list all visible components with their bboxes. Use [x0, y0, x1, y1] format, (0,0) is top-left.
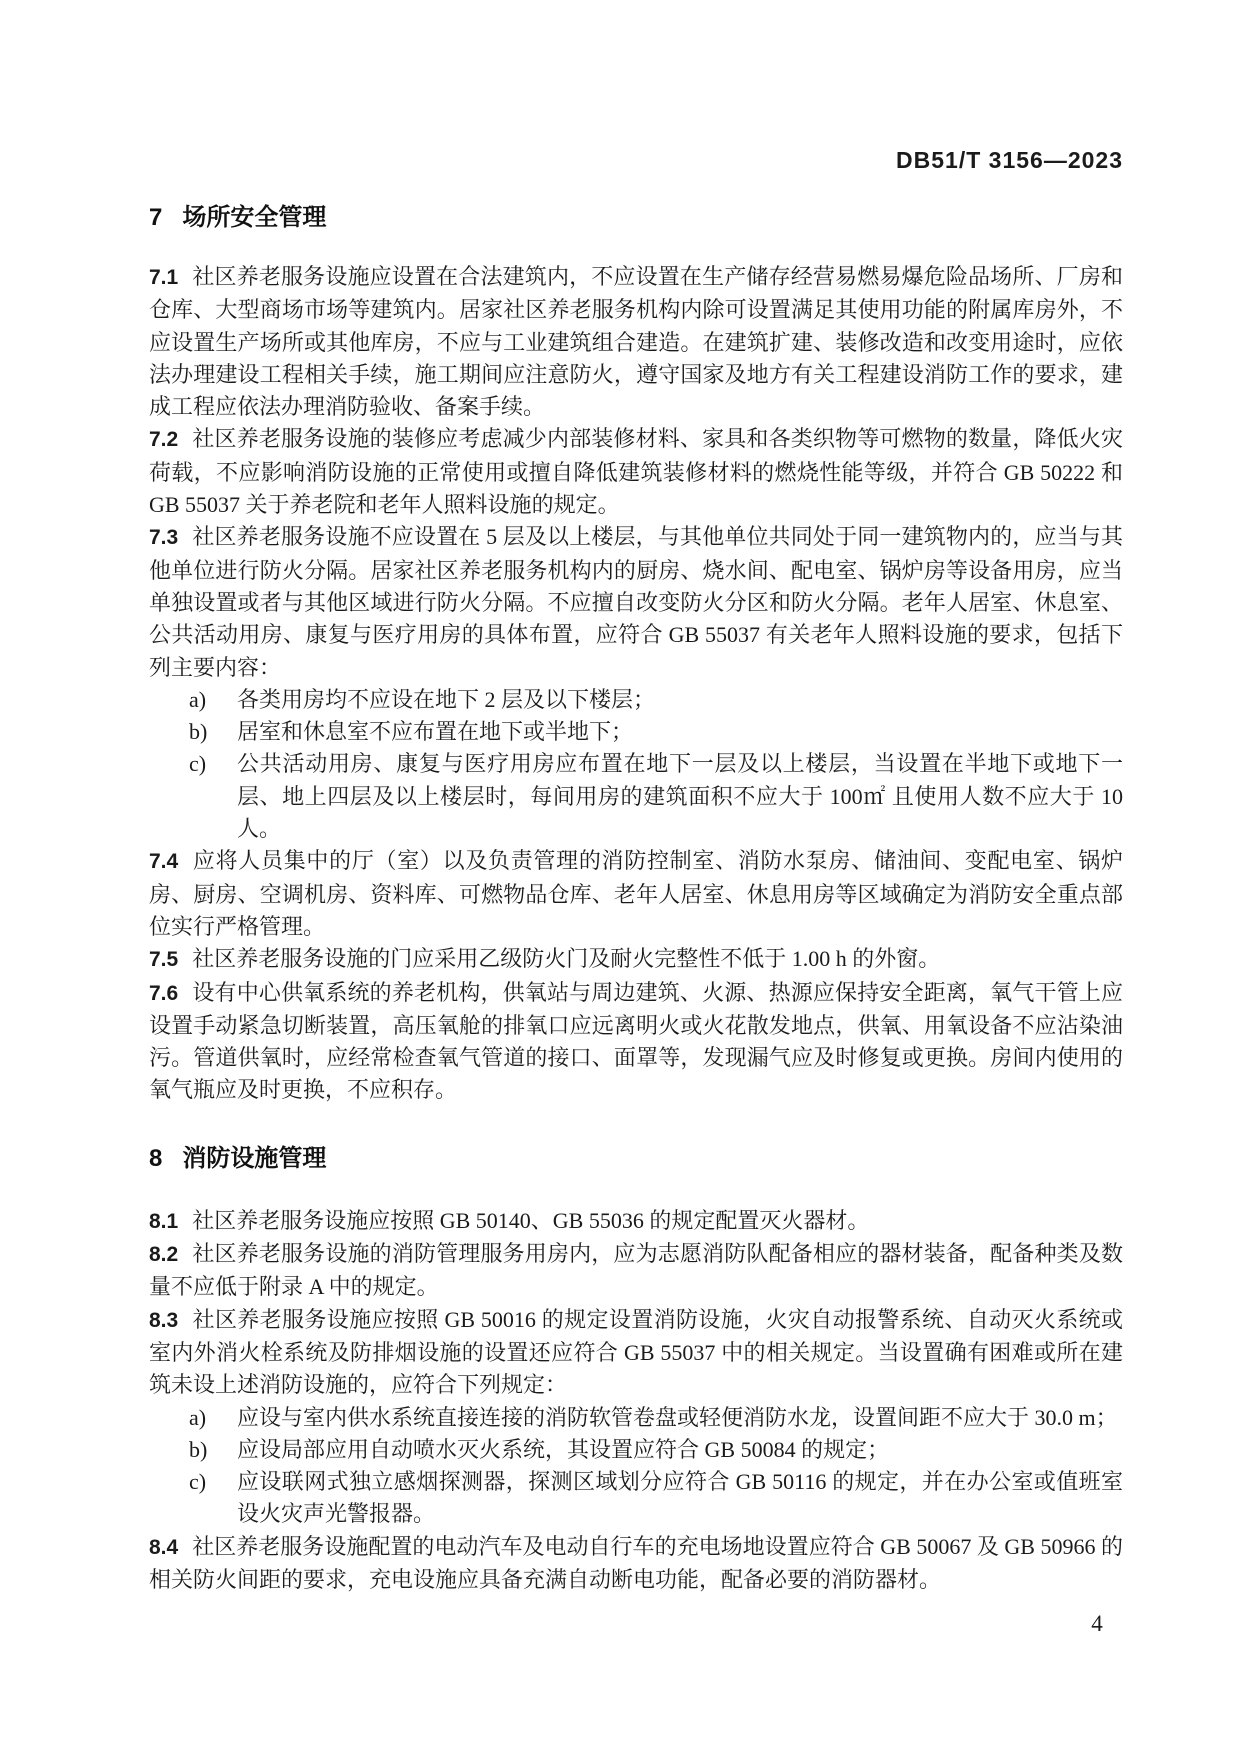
list-item-7-3-a-marker: a)	[189, 684, 206, 716]
section-8-heading: 8消防设施管理	[149, 1144, 1123, 1174]
clause-8-2: 8.2社区养老服务设施的消防管理服务用房内，应为志愿消防队配备相应的器材装备，配…	[149, 1238, 1123, 1304]
list-item-7-3-b-marker: b)	[189, 716, 207, 748]
clause-7-4-text: 应将人员集中的厅（室）以及负责管理的消防控制室、消防水泵房、储油间、变配电室、锅…	[149, 848, 1123, 939]
clause-8-1: 8.1社区养老服务设施应按照 GB 50140、GB 55036 的规定配置灭火…	[149, 1205, 1123, 1238]
list-item-7-3-b: b)居室和休息室不应布置在地下或半地下；	[149, 716, 1123, 748]
clause-7-3: 7.3社区养老服务设施不应设置在 5 层及以上楼层，与其他单位共同处于同一建筑物…	[149, 521, 1123, 683]
clause-7-6-text: 设有中心供氧系统的养老机构，供氧站与周边建筑、火源、热源应保持安全距离，氧气干管…	[149, 980, 1123, 1103]
clause-7-1-number: 7.1	[149, 266, 178, 289]
list-item-7-3-a-text: 各类用房均不应设在地下 2 层及以下楼层；	[237, 687, 655, 712]
clause-8-4-number: 8.4	[149, 1536, 178, 1559]
clause-7-3-text: 社区养老服务设施不应设置在 5 层及以上楼层，与其他单位共同处于同一建筑物内的，…	[149, 524, 1123, 679]
list-item-7-3-b-text: 居室和休息室不应布置在地下或半地下；	[237, 719, 633, 744]
clause-7-6-number: 7.6	[149, 982, 178, 1005]
clause-7-5-number: 7.5	[149, 948, 178, 971]
clause-8-2-number: 8.2	[149, 1243, 178, 1266]
clause-7-1: 7.1社区养老服务设施应设置在合法建筑内，不应设置在生产储存经营易燃易爆危险品场…	[149, 261, 1123, 423]
clause-8-1-number: 8.1	[149, 1210, 178, 1233]
clause-7-3-number: 7.3	[149, 526, 178, 549]
clause-7-2-number: 7.2	[149, 428, 178, 451]
page-content: DB51/T 3156—2023 7场所安全管理 7.1社区养老服务设施应设置在…	[0, 0, 1241, 1596]
clause-7-2-text: 社区养老服务设施的装修应考虑减少内部装修材料、家具和各类织物等可燃物的数量，降低…	[149, 426, 1123, 517]
clause-8-4: 8.4社区养老服务设施配置的电动汽车及电动自行车的充电场地设置应符合 GB 50…	[149, 1531, 1123, 1597]
section-8-number: 8	[149, 1144, 162, 1174]
list-item-7-3-a: a)各类用房均不应设在地下 2 层及以下楼层；	[149, 684, 1123, 716]
clause-7-5-text: 社区养老服务设施的门应采用乙级防火门及耐火完整性不低于 1.00 h 的外窗。	[192, 946, 940, 971]
page-number: 4	[1083, 1610, 1111, 1638]
clause-7-5: 7.5社区养老服务设施的门应采用乙级防火门及耐火完整性不低于 1.00 h 的外…	[149, 943, 1123, 976]
document-page: DB51/T 3156—2023 7场所安全管理 7.1社区养老服务设施应设置在…	[0, 0, 1241, 1754]
section-7-number: 7	[149, 203, 162, 233]
clause-7-6: 7.6设有中心供氧系统的养老机构，供氧站与周边建筑、火源、热源应保持安全距离，氧…	[149, 977, 1123, 1107]
list-item-8-3-c-marker: c)	[189, 1466, 206, 1498]
list-item-8-3-c: c)应设联网式独立感烟探测器，探测区域划分应符合 GB 50116 的规定，并在…	[149, 1466, 1123, 1531]
clause-7-1-text: 社区养老服务设施应设置在合法建筑内，不应设置在生产储存经营易燃易爆危险品场所、厂…	[149, 264, 1123, 419]
list-item-8-3-a-text: 应设与室内供水系统直接连接的消防软管卷盘或轻便消防水龙，设置间距不应大于 30.…	[237, 1405, 1118, 1430]
clause-8-3-text: 社区养老服务设施应按照 GB 50016 的规定设置消防设施，火灾自动报警系统、…	[149, 1307, 1123, 1398]
clause-8-4-text: 社区养老服务设施配置的电动汽车及电动自行车的充电场地设置应符合 GB 50067…	[149, 1534, 1123, 1592]
clause-7-2: 7.2社区养老服务设施的装修应考虑减少内部装修材料、家具和各类织物等可燃物的数量…	[149, 423, 1123, 521]
clause-8-1-text: 社区养老服务设施应按照 GB 50140、GB 55036 的规定配置灭火器材。	[192, 1208, 869, 1233]
list-item-7-3-c-marker: c)	[189, 748, 206, 780]
list-item-7-3-c: c)公共活动用房、康复与医疗用房应布置在地下一层及以上楼层，当设置在半地下或地下…	[149, 748, 1123, 845]
clause-7-4: 7.4应将人员集中的厅（室）以及负责管理的消防控制室、消防水泵房、储油间、变配电…	[149, 845, 1123, 943]
section-7-title: 场所安全管理	[182, 204, 326, 231]
clause-8-3-number: 8.3	[149, 1309, 178, 1332]
clause-8-3: 8.3社区养老服务设施应按照 GB 50016 的规定设置消防设施，火灾自动报警…	[149, 1304, 1123, 1402]
standard-number-header: DB51/T 3156—2023	[149, 0, 1123, 173]
clause-7-4-number: 7.4	[149, 850, 178, 873]
list-item-8-3-a: a)应设与室内供水系统直接连接的消防软管卷盘或轻便消防水龙，设置间距不应大于 3…	[149, 1402, 1123, 1434]
list-item-8-3-b-marker: b)	[189, 1434, 207, 1466]
list-item-8-3-b-text: 应设局部应用自动喷水灭火系统，其设置应符合 GB 50084 的规定；	[237, 1437, 889, 1462]
section-7-heading: 7场所安全管理	[149, 203, 1123, 233]
section-8-title: 消防设施管理	[182, 1145, 326, 1172]
list-item-8-3-a-marker: a)	[189, 1402, 206, 1434]
list-item-8-3-b: b)应设局部应用自动喷水灭火系统，其设置应符合 GB 50084 的规定；	[149, 1434, 1123, 1466]
list-item-8-3-c-text: 应设联网式独立感烟探测器，探测区域划分应符合 GB 50116 的规定，并在办公…	[237, 1469, 1123, 1526]
clause-8-2-text: 社区养老服务设施的消防管理服务用房内，应为志愿消防队配备相应的器材装备，配备种类…	[149, 1241, 1123, 1299]
list-item-7-3-c-text: 公共活动用房、康复与医疗用房应布置在地下一层及以上楼层，当设置在半地下或地下一层…	[237, 751, 1123, 841]
